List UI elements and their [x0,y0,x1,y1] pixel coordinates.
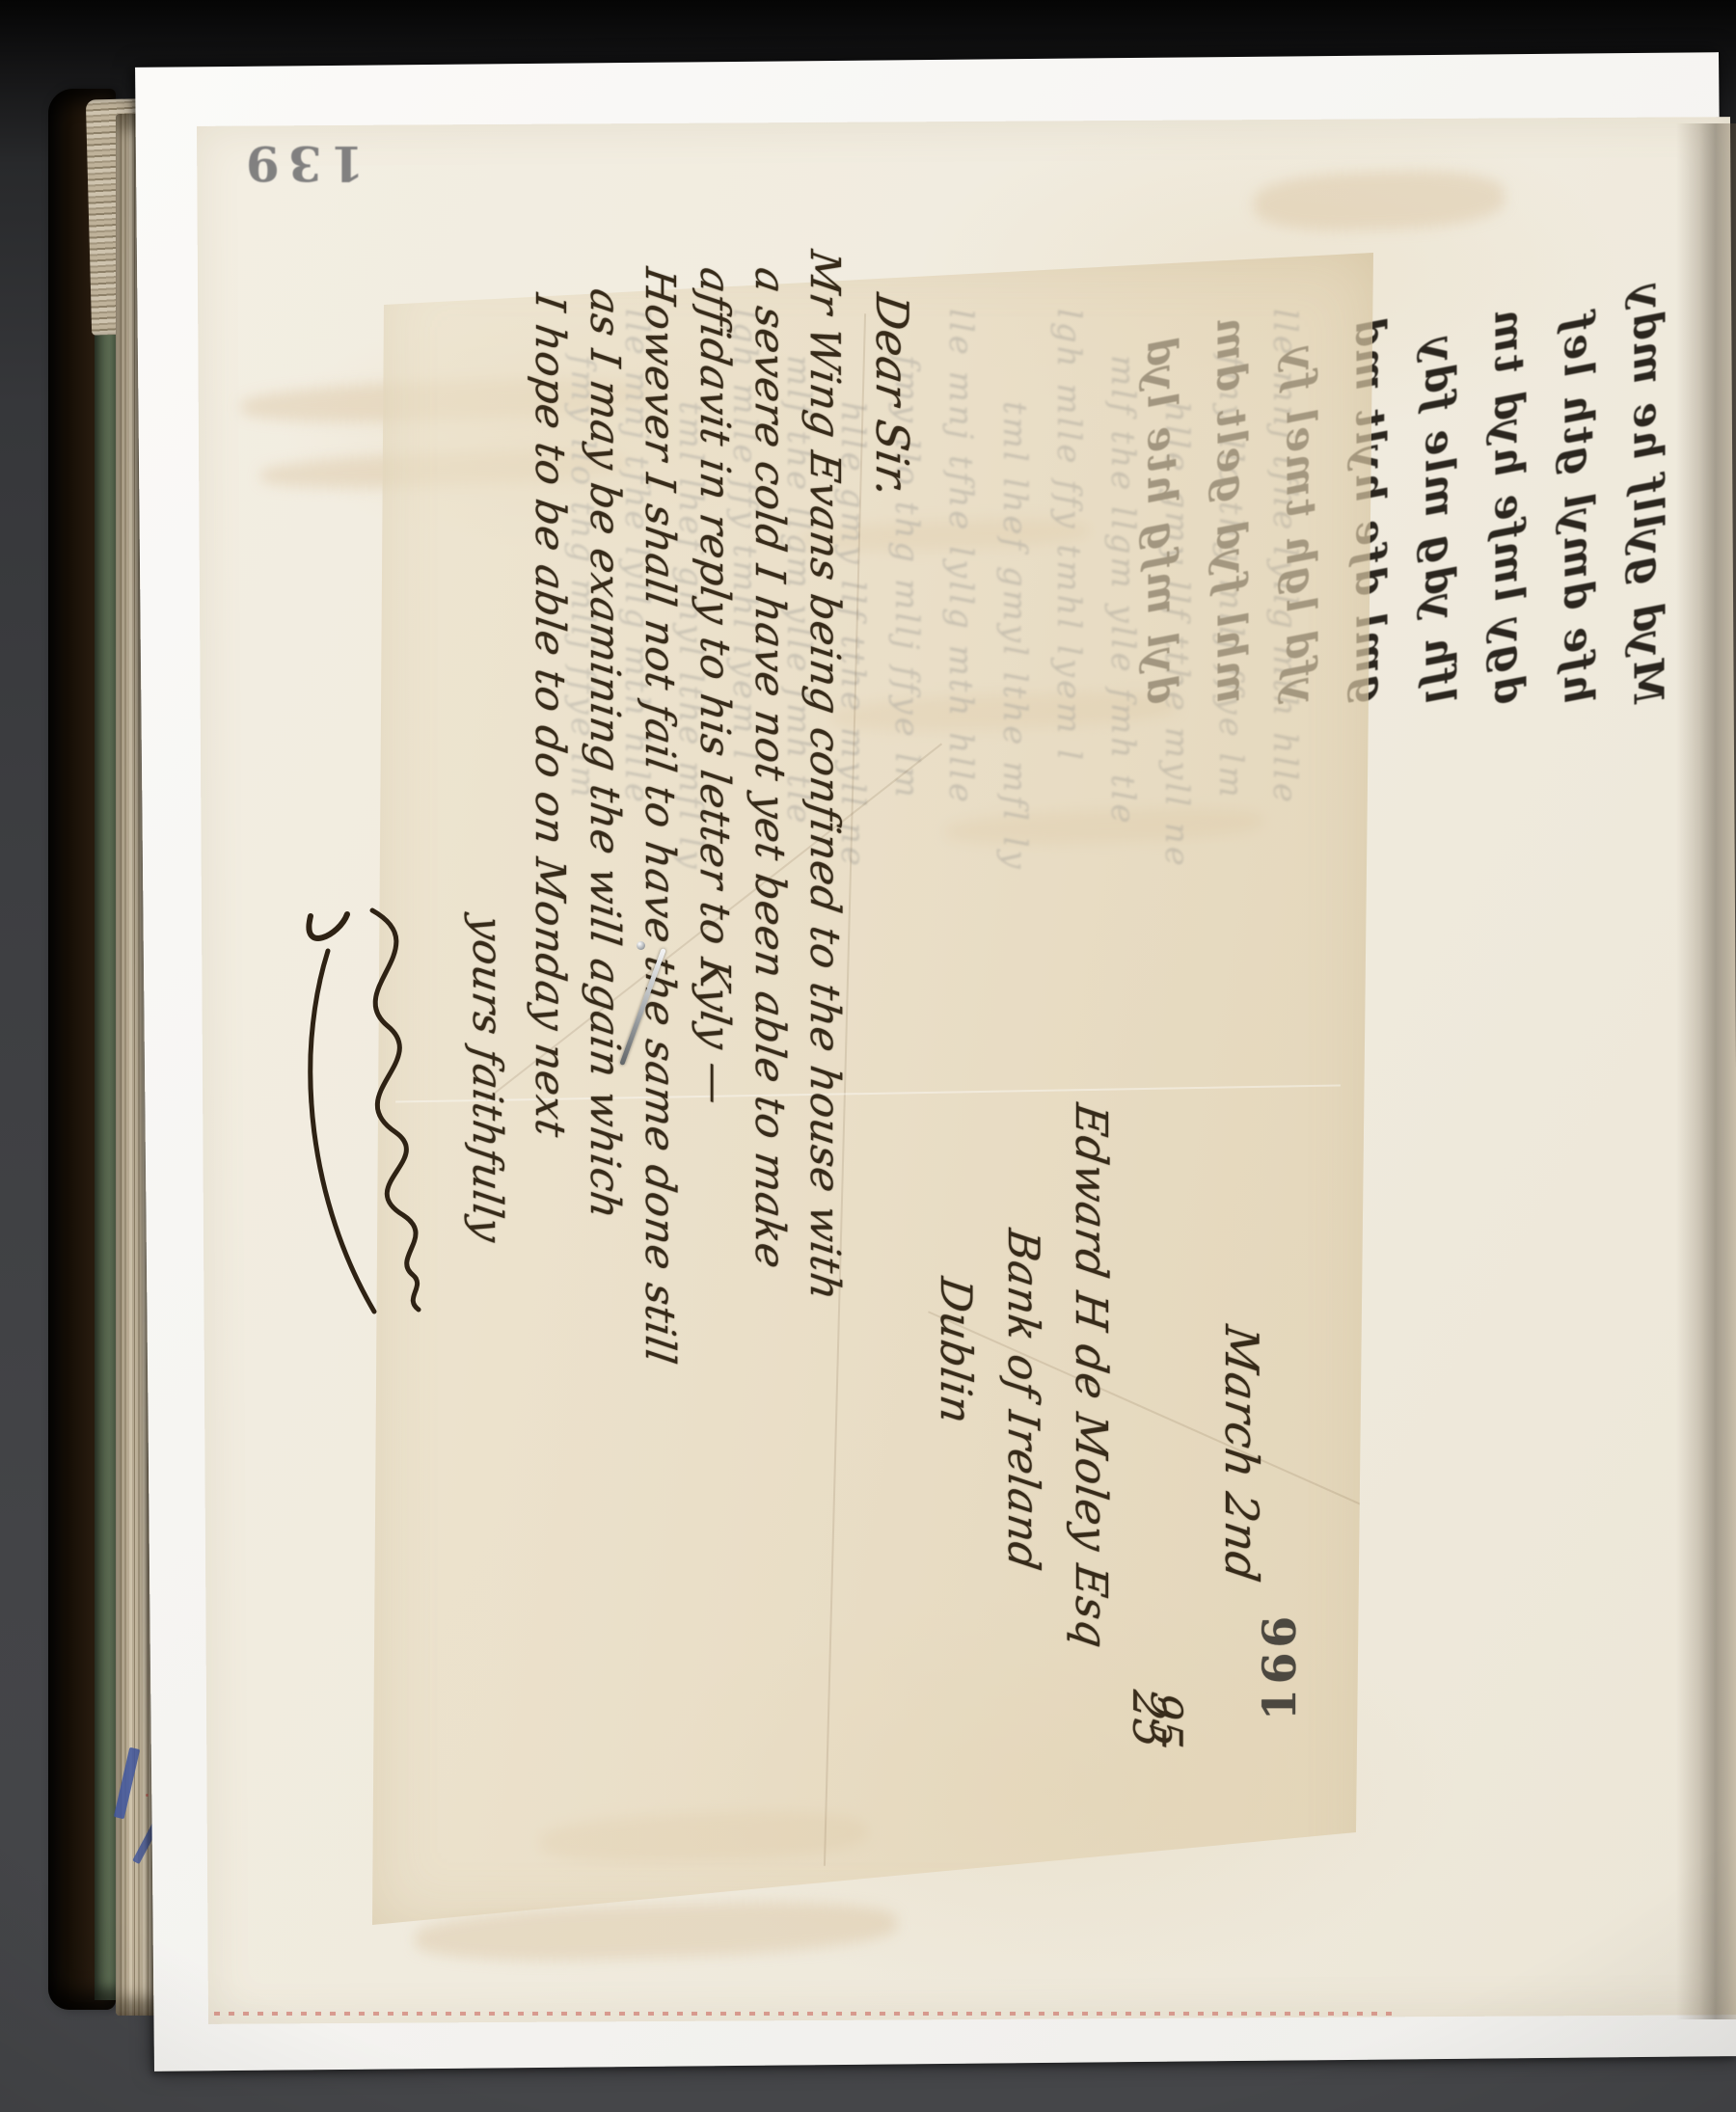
letter-body-line: a severe cold I have not yet been able t… [746,264,794,1271]
item-note-text: 25 [1123,1688,1175,1751]
letter-salutation: Dear Sir. [866,290,918,501]
item-number-text: 166 [1254,1611,1307,1720]
letter-closing: yours faithfully [463,912,511,1245]
letter-body-line: Mr Wing Evans being confined to the hous… [800,247,849,1303]
ghost-line: lfh ydg mle fdy [1405,246,1475,704]
photo-backdrop: 139 lle mnj tfhe lyllg mth hlle fmy llo … [0,0,1736,2112]
letter-body-line: as I may be examining the will again whi… [581,285,629,1222]
letter-body-line: I hope to be able to do on Monday next [526,290,574,1140]
ghost-line: hfe dmyl gth lef [1544,202,1614,704]
press-copy-letter: March 2nd 95 Edward H de Moley Esq Bank … [289,241,1283,1929]
letter-addressee-line: Dublin [931,1274,980,1426]
ghost-line: Myd gyllf he mdy [1614,169,1683,704]
pin-head [637,941,645,950]
letter-addressee-line: Bank of Ireland [998,1226,1047,1573]
signature-flourish [291,897,455,1360]
item-number-annotation: 25 [1121,1693,1179,1790]
letter-addressee-line: Edward H de Moley Esq [1066,1100,1117,1652]
letter-body-line: However I shall not fail to have the sam… [636,264,684,1367]
item-number-stamp: 166 [1261,1684,1348,1809]
letter-body-line: affidavit in reply to his letter to Kyly… [691,264,739,1107]
leaf-fold-shadow [1676,123,1736,2019]
ghost-line: dgy lmfe hyd tm [1475,169,1544,704]
folio-stamp-text: 139 [237,135,364,192]
folio-stamp-showthrough: 139 [237,135,353,203]
letter-date: March 2nd [1214,1322,1267,1585]
leaf-bottom-edge-tint [214,2012,1400,2016]
